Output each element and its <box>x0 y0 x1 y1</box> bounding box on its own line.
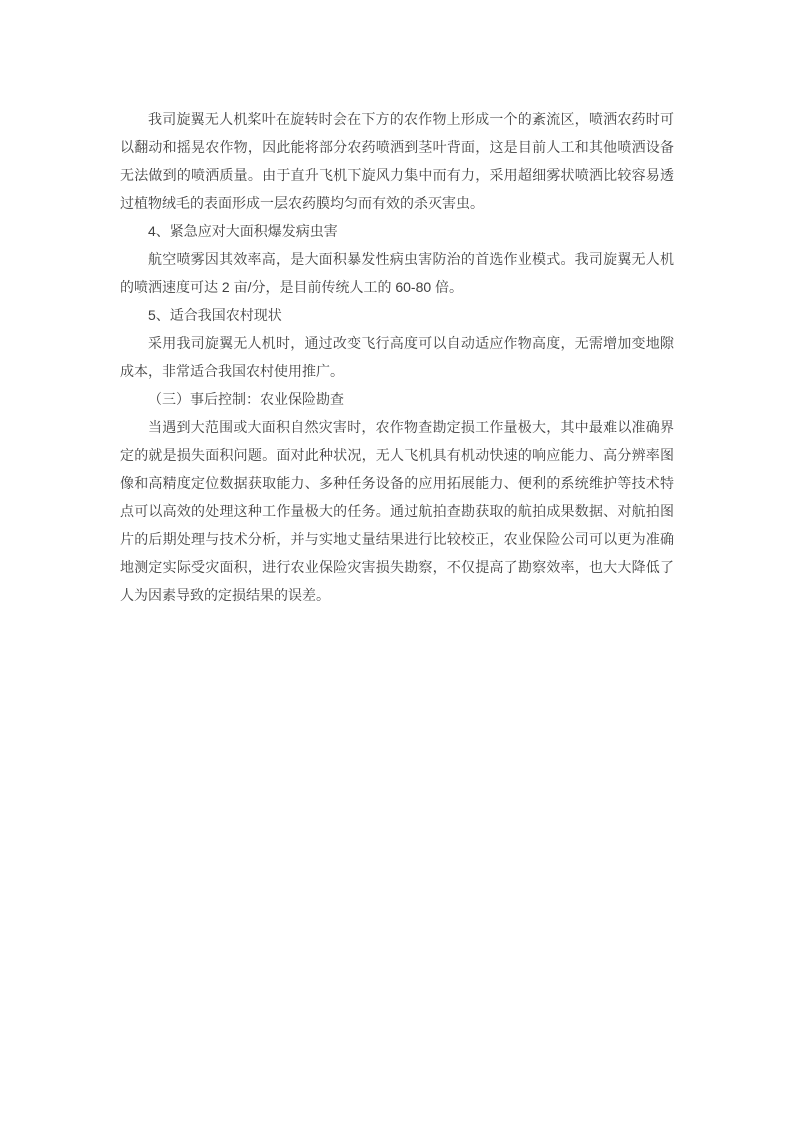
document-page: 我司旋翼无人机桨叶在旋转时会在下方的农作物上形成一个的紊流区，喷洒农药时可以翻动… <box>0 0 793 1122</box>
section-heading: 5、适合我国农村现状 <box>120 301 674 329</box>
paragraph: 当遇到大范围或大面积自然灾害时，农作物查勘定损工作量极大，其中最难以准确界定的就… <box>120 413 674 609</box>
paragraph: 我司旋翼无人机桨叶在旋转时会在下方的农作物上形成一个的紊流区，喷洒农药时可以翻动… <box>120 105 674 217</box>
document-text-block: 我司旋翼无人机桨叶在旋转时会在下方的农作物上形成一个的紊流区，喷洒农药时可以翻动… <box>120 105 674 609</box>
paragraph: 采用我司旋翼无人机时，通过改变飞行高度可以自动适应作物高度，无需增加变地隙成本，… <box>120 329 674 385</box>
section-heading: 4、紧急应对大面积爆发病虫害 <box>120 217 674 245</box>
paragraph: 航空喷雾因其效率高，是大面积暴发性病虫害防治的首选作业模式。我司旋翼无人机的喷洒… <box>120 245 674 301</box>
section-heading: （三）事后控制：农业保险勘查 <box>120 385 674 413</box>
